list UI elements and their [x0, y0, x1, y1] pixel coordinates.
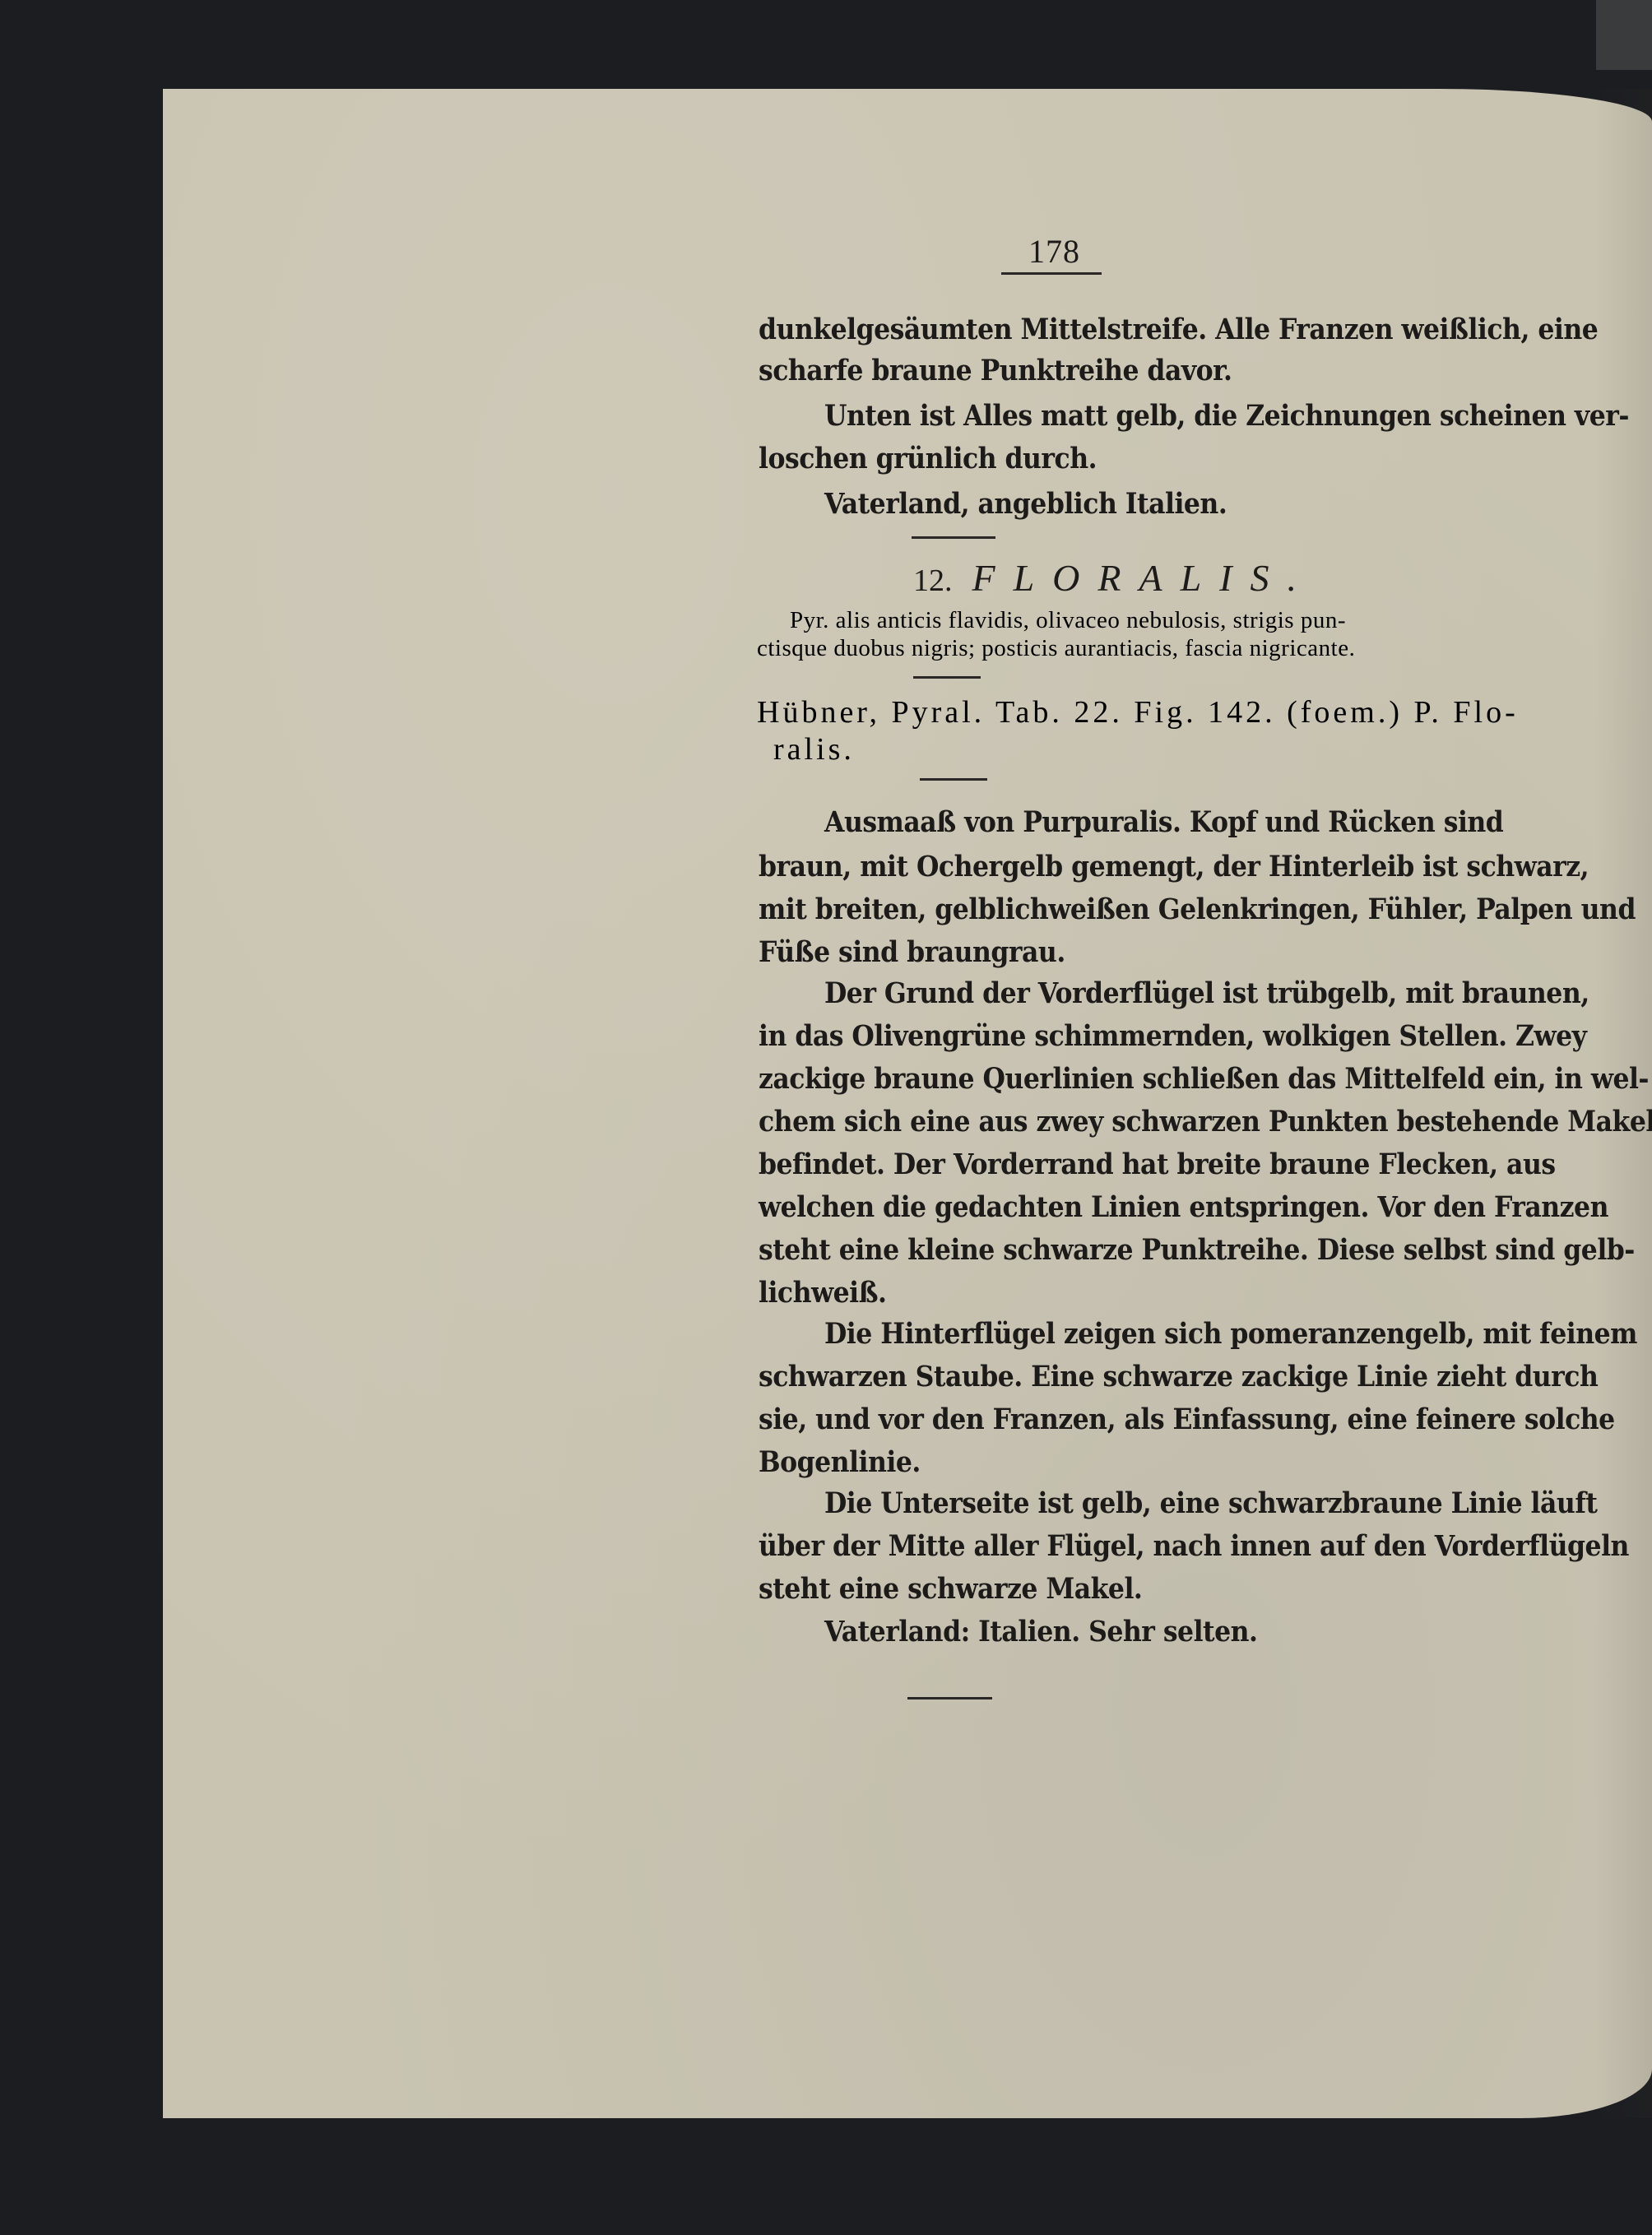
description-line: Die Unterseite ist gelb, eine schwarzbra…	[824, 1483, 1597, 1524]
description-line: mit breiten, gelblichweißen Gelenkringen…	[759, 889, 1636, 930]
description-line: steht eine kleine schwarze Punktreihe. D…	[759, 1230, 1635, 1271]
description-line: über der Mitte aller Flügel, nach innen …	[759, 1526, 1629, 1567]
species-diagnosis-line: ctisque duobus nigris; posticis aurantia…	[757, 634, 1355, 662]
species-number: 12.	[913, 563, 953, 598]
description-line: welchen die gedachten Linien entspringen…	[759, 1187, 1608, 1228]
continuation-line: Vaterland, angeblich Italien.	[824, 484, 1227, 525]
section-divider	[920, 778, 987, 781]
literature-reference-line: ralis.	[773, 730, 855, 768]
continuation-line: loschen grünlich durch.	[759, 438, 1097, 480]
book-edge	[1596, 0, 1652, 70]
species-diagnosis-line: Pyr. alis anticis flavidis, olivaceo neb…	[790, 606, 1346, 634]
description-line: lichweiß.	[759, 1273, 886, 1314]
description-line: befindet. Der Vorderrand hat breite brau…	[759, 1144, 1556, 1185]
literature-reference-line: Hübner, Pyral. Tab. 22. Fig. 142. (foem.…	[757, 693, 1519, 731]
end-divider	[907, 1697, 992, 1699]
section-divider	[912, 536, 995, 539]
description-line: Vaterland: Italien. Sehr selten.	[824, 1611, 1257, 1653]
description-line: zackige braune Querlinien schließen das …	[759, 1059, 1649, 1100]
continuation-line: dunkelgesäumten Mittelstreife. Alle Fran…	[759, 309, 1598, 350]
description-line: sie, und vor den Franzen, als Einfassung…	[759, 1399, 1615, 1440]
description-line: chem sich eine aus zwey schwarzen Punkte…	[759, 1101, 1652, 1143]
description-line: schwarzen Staube. Eine schwarze zackige …	[759, 1356, 1598, 1398]
species-name: FLORALIS.	[972, 557, 1316, 599]
continuation-line: scharfe braune Punktreihe davor.	[759, 350, 1232, 392]
description-line: Die Hinterflügel zeigen sich pomeranzeng…	[824, 1314, 1637, 1355]
description-line: braun, mit Ochergelb gemengt, der Hinter…	[759, 846, 1589, 888]
page-number: 178	[1028, 232, 1080, 271]
description-line: steht eine schwarze Makel.	[759, 1569, 1142, 1610]
description-line: Bogenlinie.	[759, 1442, 921, 1483]
page-number-rule	[1001, 272, 1102, 275]
description-line: Ausmaaß von Purpuralis. Kopf und Rücken …	[824, 802, 1503, 843]
section-divider	[913, 676, 981, 679]
description-line: in das Olivengrüne schimmernden, wolkige…	[759, 1016, 1586, 1057]
description-line: Füße sind braungrau.	[759, 932, 1065, 973]
species-heading: 12.FLORALIS.	[913, 556, 1315, 600]
continuation-line: Unten ist Alles matt gelb, die Zeichnung…	[824, 396, 1629, 437]
description-line: Der Grund der Vorderflügel ist trübgelb,…	[824, 973, 1589, 1014]
